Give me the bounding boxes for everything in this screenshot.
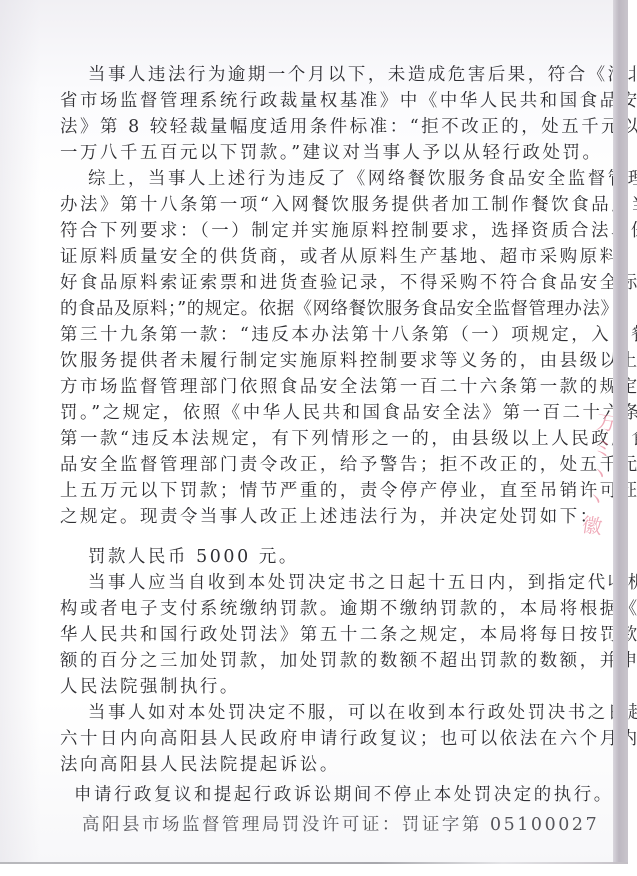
paragraph-3-line-3: 华人民共和国行政处罚法》第五十二条之规定，本局将每日按罚款数 <box>60 625 637 645</box>
paragraph-2-line-10: 罚。”之规定，依照《中华人民共和国食品安全法》第一百二十六条 <box>60 403 637 423</box>
paragraph-4-line-3: 法向高阳县人民法院提起诉讼。 <box>60 755 340 775</box>
paragraph-2-line-11: 第一款“违反本法规定，有下列情形之一的，由县级以上人民政府食 <box>60 429 637 449</box>
paragraph-3-line-1: 当事人应当自收到本处罚决定书之日起十五日内，到指定代收机 <box>88 573 637 593</box>
scan-shadow <box>0 0 40 864</box>
paragraph-3-line-4: 额的百分之三加处罚款，加处罚款的数额不超出罚款的数额，并申请 <box>60 651 637 671</box>
paragraph-2-line-7: 第三十九条第一款：“违反本办法第十八条第（一）项规定，入网餐 <box>60 325 637 345</box>
penalty-amount: 罚款人民币 5000 元。 <box>88 547 299 567</box>
paragraph-1-line-1: 当事人违法行为逾期一个月以下，未造成危害后果，符合《河北 <box>88 65 637 85</box>
paragraph-2-line-13: 上五万元以下罚款；情节严重的，责令停产停业，直至吊销许可证：” <box>60 481 637 501</box>
paragraph-1-line-2: 省市场监督管理系统行政裁量权基准》中《中华人民共和国食品安全 <box>60 91 637 111</box>
paragraph-2-line-9: 方市场监督管理部门依照食品安全法第一百二十六条第一款的规定处 <box>60 377 637 397</box>
paragraph-2-line-6: 的食品及原料；”的规定。依据《网络餐饮服务食品安全监督管理办法》 <box>60 299 619 319</box>
paragraph-5-line-1: 申请行政复议和提起行政诉讼期间不停止本处罚决定的执行。 <box>74 785 614 805</box>
seal-char: 徽 <box>580 511 613 541</box>
paragraph-2-line-8: 饮服务提供者未履行制定实施原料控制要求等义务的，由县级以上地 <box>60 351 637 371</box>
paragraph-2-line-5: 好食品原料索证索票和进货查验记录，不得采购不符合食品安全标准 <box>60 273 637 293</box>
penalty-license-number: 高阳县市场监督管理局罚没许可证：罚证字第 05100027 <box>82 815 599 835</box>
paragraph-1-line-4: 一万八千五百元以下罚款。”建议对当事人予以从轻行政处罚。 <box>60 143 603 163</box>
scanned-document-page: 当事人违法行为逾期一个月以下，未造成危害后果，符合《河北 省市场监督管理系统行政… <box>0 0 614 864</box>
paragraph-2-line-12: 品安全监督管理部门责令改正，给予警告；拒不改正的，处五千元以 <box>60 455 637 475</box>
paragraph-2-line-4: 证原料质量安全的供货商，或者从原料生产基地、超市采购原料，做 <box>60 247 637 267</box>
paragraph-4-line-1: 当事人如对本处罚决定不服，可以在收到本行政处罚决书之日起 <box>88 703 637 723</box>
paragraph-4-line-2: 六十日内向高阳县人民政府申请行政复议；也可以依法在六个月内依 <box>60 729 637 749</box>
paragraph-2-line-14: 之规定。现责令当事人改正上述违法行为，并决定处罚如下： <box>60 507 600 527</box>
paragraph-2-line-1: 综上，当事人上述行为违反了《网络餐饮服务食品安全监督管理 <box>88 169 637 189</box>
paragraph-3-line-2: 构或者电子支付系统缴纳罚款。逾期不缴纳罚款的，本局将根据《中 <box>60 599 637 619</box>
paragraph-1-line-3: 法》第 8 较轻裁量幅度适用条件标准：“拒不改正的，处五千元以上 <box>60 117 637 137</box>
scan-bottom-edge <box>0 862 628 864</box>
scan-edge-strip <box>613 0 628 864</box>
paragraph-2-line-2: 办法》第十八条第一项“入网餐饮服务提供者加工制作餐饮食品应当 <box>60 195 637 215</box>
paragraph-3-line-5: 人民法院强制执行。 <box>60 677 240 697</box>
paragraph-2-line-3: 符合下列要求：（一）制定并实施原料控制要求，选择资质合法、保 <box>60 221 637 241</box>
